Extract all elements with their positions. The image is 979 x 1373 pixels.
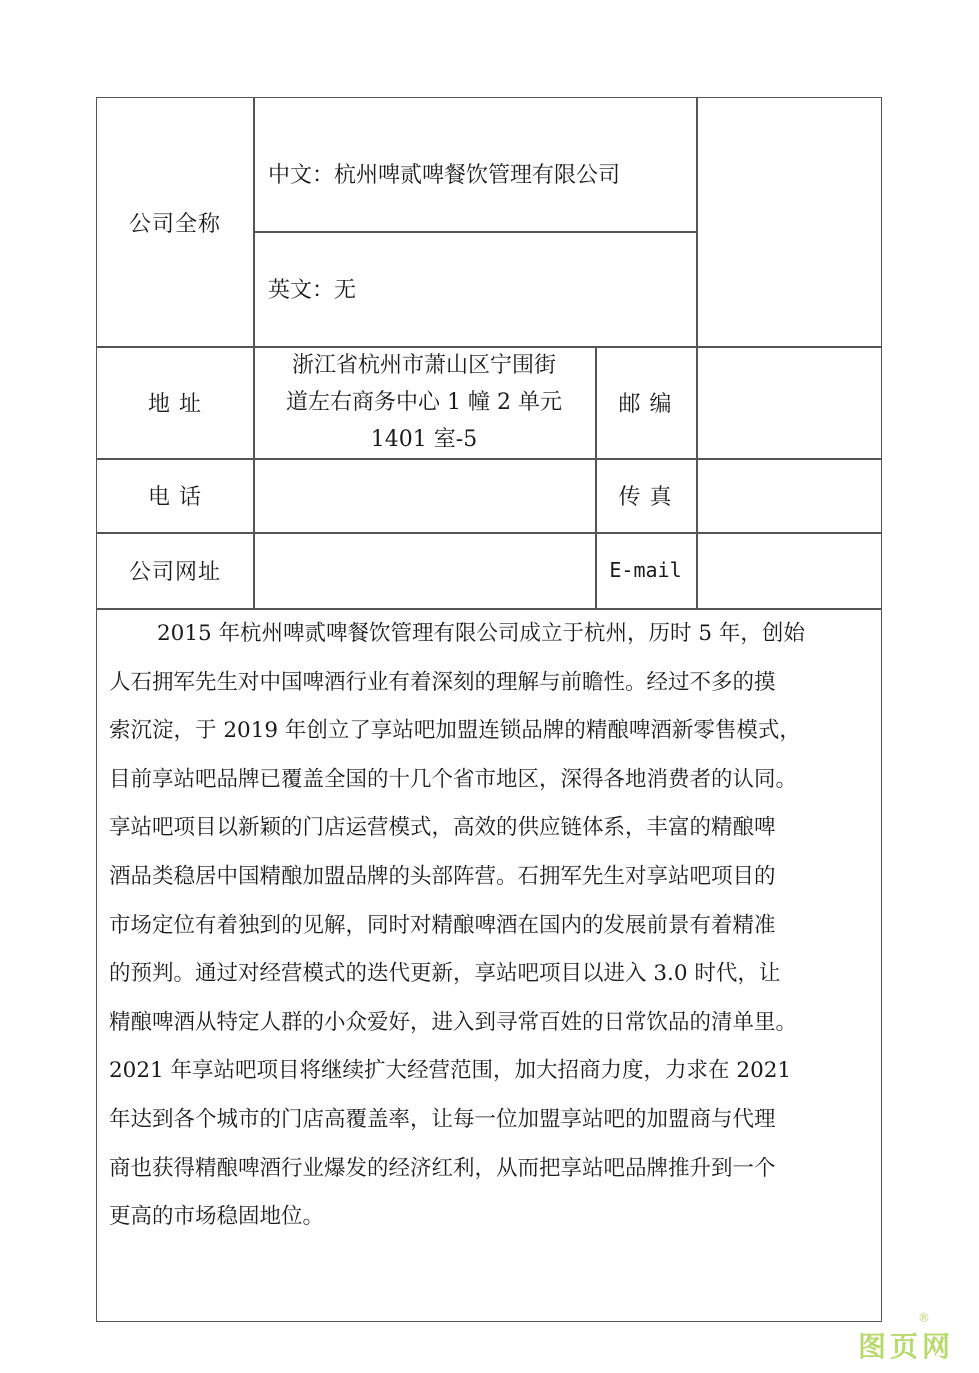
description-line: 享站吧项目以新颖的门店运营模式，高效的供应链体系，丰富的精酿啤 [109,804,869,853]
description-line: 2015 年杭州啤贰啤餐饮管理有限公司成立于杭州，历时 5 年，创始 [109,610,869,659]
registered-mark-icon: ® [918,1311,930,1325]
postcode-label: 邮 编 [595,346,696,458]
website-value [253,532,595,608]
description-line: 更高的市场稳固地位。 [109,1193,869,1242]
description-line: 人石拥军先生对中国啤酒行业有着深刻的理解与前瞻性。经过不多的摸 [109,659,869,708]
fax-value [696,458,882,532]
description-line: 市场定位有着独到的见解，同时对精酿啤酒在国内的发展前景有着精准 [109,902,869,951]
description-line: 目前享站吧品牌已覆盖全国的十几个省市地区，深得各地消费者的认同。 [109,756,869,805]
email-value [696,532,882,608]
phone-value [253,458,595,532]
company-name-extra-cell [696,98,882,346]
description-line: 年达到各个城市的门店高覆盖率，让每一位加盟享站吧的加盟商与代理 [109,1096,869,1145]
description-line: 精酿啤酒从特定人群的小众爱好，进入到寻常百姓的日常饮品的清单里。 [109,999,869,1048]
address-label: 地 址 [97,346,253,458]
address-value: 浙江省杭州市萧山区宁围街 道左右商务中心 1 幢 2 单元 1401 室-5 [253,346,595,458]
description-line: 酒品类稳居中国精酿加盟品牌的头部阵营。石拥军先生对享站吧项目的 [109,853,869,902]
company-info-table: 公司全称 中文：杭州啤贰啤餐饮管理有限公司 英文：无 地 址 浙江省杭州市萧山区… [96,97,882,1322]
email-label: E-mail [595,532,696,608]
address-line: 道左右商务中心 1 幢 2 单元 [286,384,562,421]
address-line: 浙江省杭州市萧山区宁围街 [292,347,556,384]
phone-label: 电 话 [97,458,253,532]
fax-label: 传 真 [595,458,696,532]
address-line: 1401 室-5 [371,421,477,458]
description-line: 2021 年享站吧项目将继续扩大经营范围，加大招商力度，力求在 2021 [109,1047,869,1096]
website-label: 公司网址 [97,532,253,608]
description-line: 索沉淀，于 2019 年创立了享站吧加盟连锁品牌的精酿啤酒新零售模式， [109,707,869,756]
company-name-en: 英文：无 [253,231,696,346]
company-name-cn: 中文：杭州啤贰啤餐饮管理有限公司 [253,98,696,248]
description-line: 商也获得精酿啤酒行业爆发的经济红利，从而把享站吧品牌推升到一个 [109,1145,869,1194]
company-name-label: 公司全称 [97,98,253,346]
company-description: 2015 年杭州啤贰啤餐饮管理有限公司成立于杭州，历时 5 年，创始 人石拥军先… [109,610,869,1242]
description-line: 的预判。通过对经营模式的迭代更新，享站吧项目以进入 3.0 时代，让 [109,950,869,999]
watermark-logo: 图页网 [858,1325,954,1365]
postcode-value [696,346,882,458]
